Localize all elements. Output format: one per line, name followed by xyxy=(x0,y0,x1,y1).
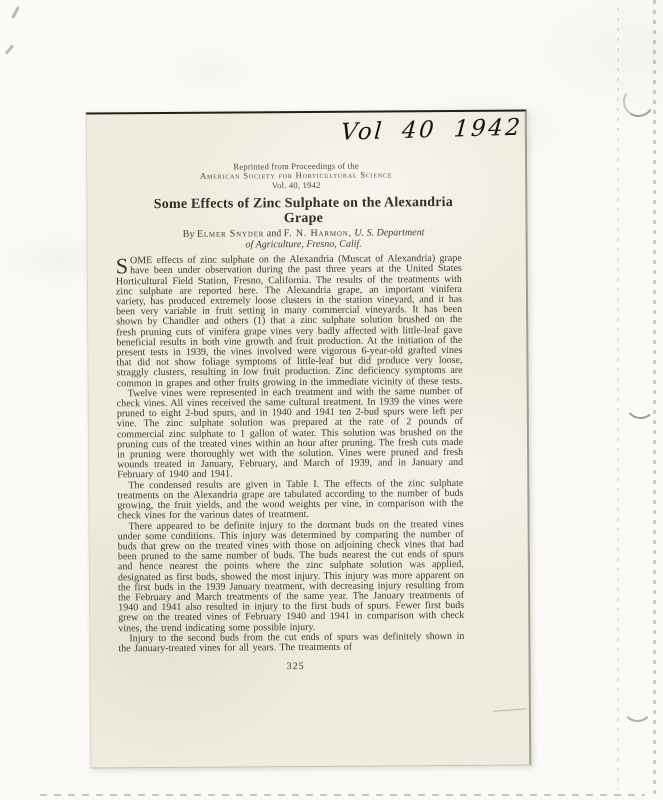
paragraph-text: There appeared to be definite injury to … xyxy=(118,518,465,633)
byline: By Elmer Snyder and F. N. Harmon, U. S. … xyxy=(146,227,462,251)
reprint-line-3: Vol. 40, 1942 xyxy=(272,180,321,190)
binder-hole xyxy=(620,83,657,120)
drop-cap: S xyxy=(116,256,130,274)
paragraph: Injury to the second buds from the cut e… xyxy=(118,632,464,655)
byline-author-2: F. N. Harmon, xyxy=(284,228,352,239)
paragraph-text: Twelve vines were represented in each tr… xyxy=(117,386,463,481)
scanner-smudge-mark xyxy=(5,44,14,54)
paragraph: The condensed results are given in Table… xyxy=(117,479,463,522)
perforation-column-faint xyxy=(617,8,619,790)
byline-affiliation-1: U. S. Department xyxy=(354,227,424,238)
paragraph: SOME effects of zinc sulphate on the Ale… xyxy=(116,254,463,389)
byline-author-1: Elmer Snyder xyxy=(197,229,264,240)
binder-hole xyxy=(622,691,653,722)
paragraph-text: OME effects of zinc sulphate on the Alex… xyxy=(116,253,463,389)
article-title: Some Effects of Zinc Sulphate on the Ale… xyxy=(145,195,461,227)
page-number: 325 xyxy=(127,660,465,673)
byline-joiner: and xyxy=(267,228,282,239)
paragraph-text: The condensed results are given in Table… xyxy=(117,478,463,522)
byline-affiliation-2: of Agriculture, Fresno, Calif. xyxy=(245,239,361,251)
page-crease xyxy=(493,708,527,712)
paragraph-text: Injury to the second buds from the cut e… xyxy=(118,631,464,655)
paragraph: There appeared to be definite injury to … xyxy=(118,519,465,634)
perforation-row-bottom xyxy=(40,794,645,796)
paper-page: Vol 40 1942 Reprinted from Proceedings o… xyxy=(86,109,532,768)
byline-by: By xyxy=(183,229,195,240)
article-body: SOME effects of zinc sulphate on the Ale… xyxy=(116,254,465,654)
scanner-smudge-mark xyxy=(11,6,20,19)
paragraph: Twelve vines were represented in each tr… xyxy=(117,387,464,481)
reprint-header: Reprinted from Proceedings of the Americ… xyxy=(131,161,461,192)
scanner-background: Vol 40 1942 Reprinted from Proceedings o… xyxy=(0,0,663,800)
page-content: Reprinted from Proceedings of the Americ… xyxy=(115,112,465,674)
